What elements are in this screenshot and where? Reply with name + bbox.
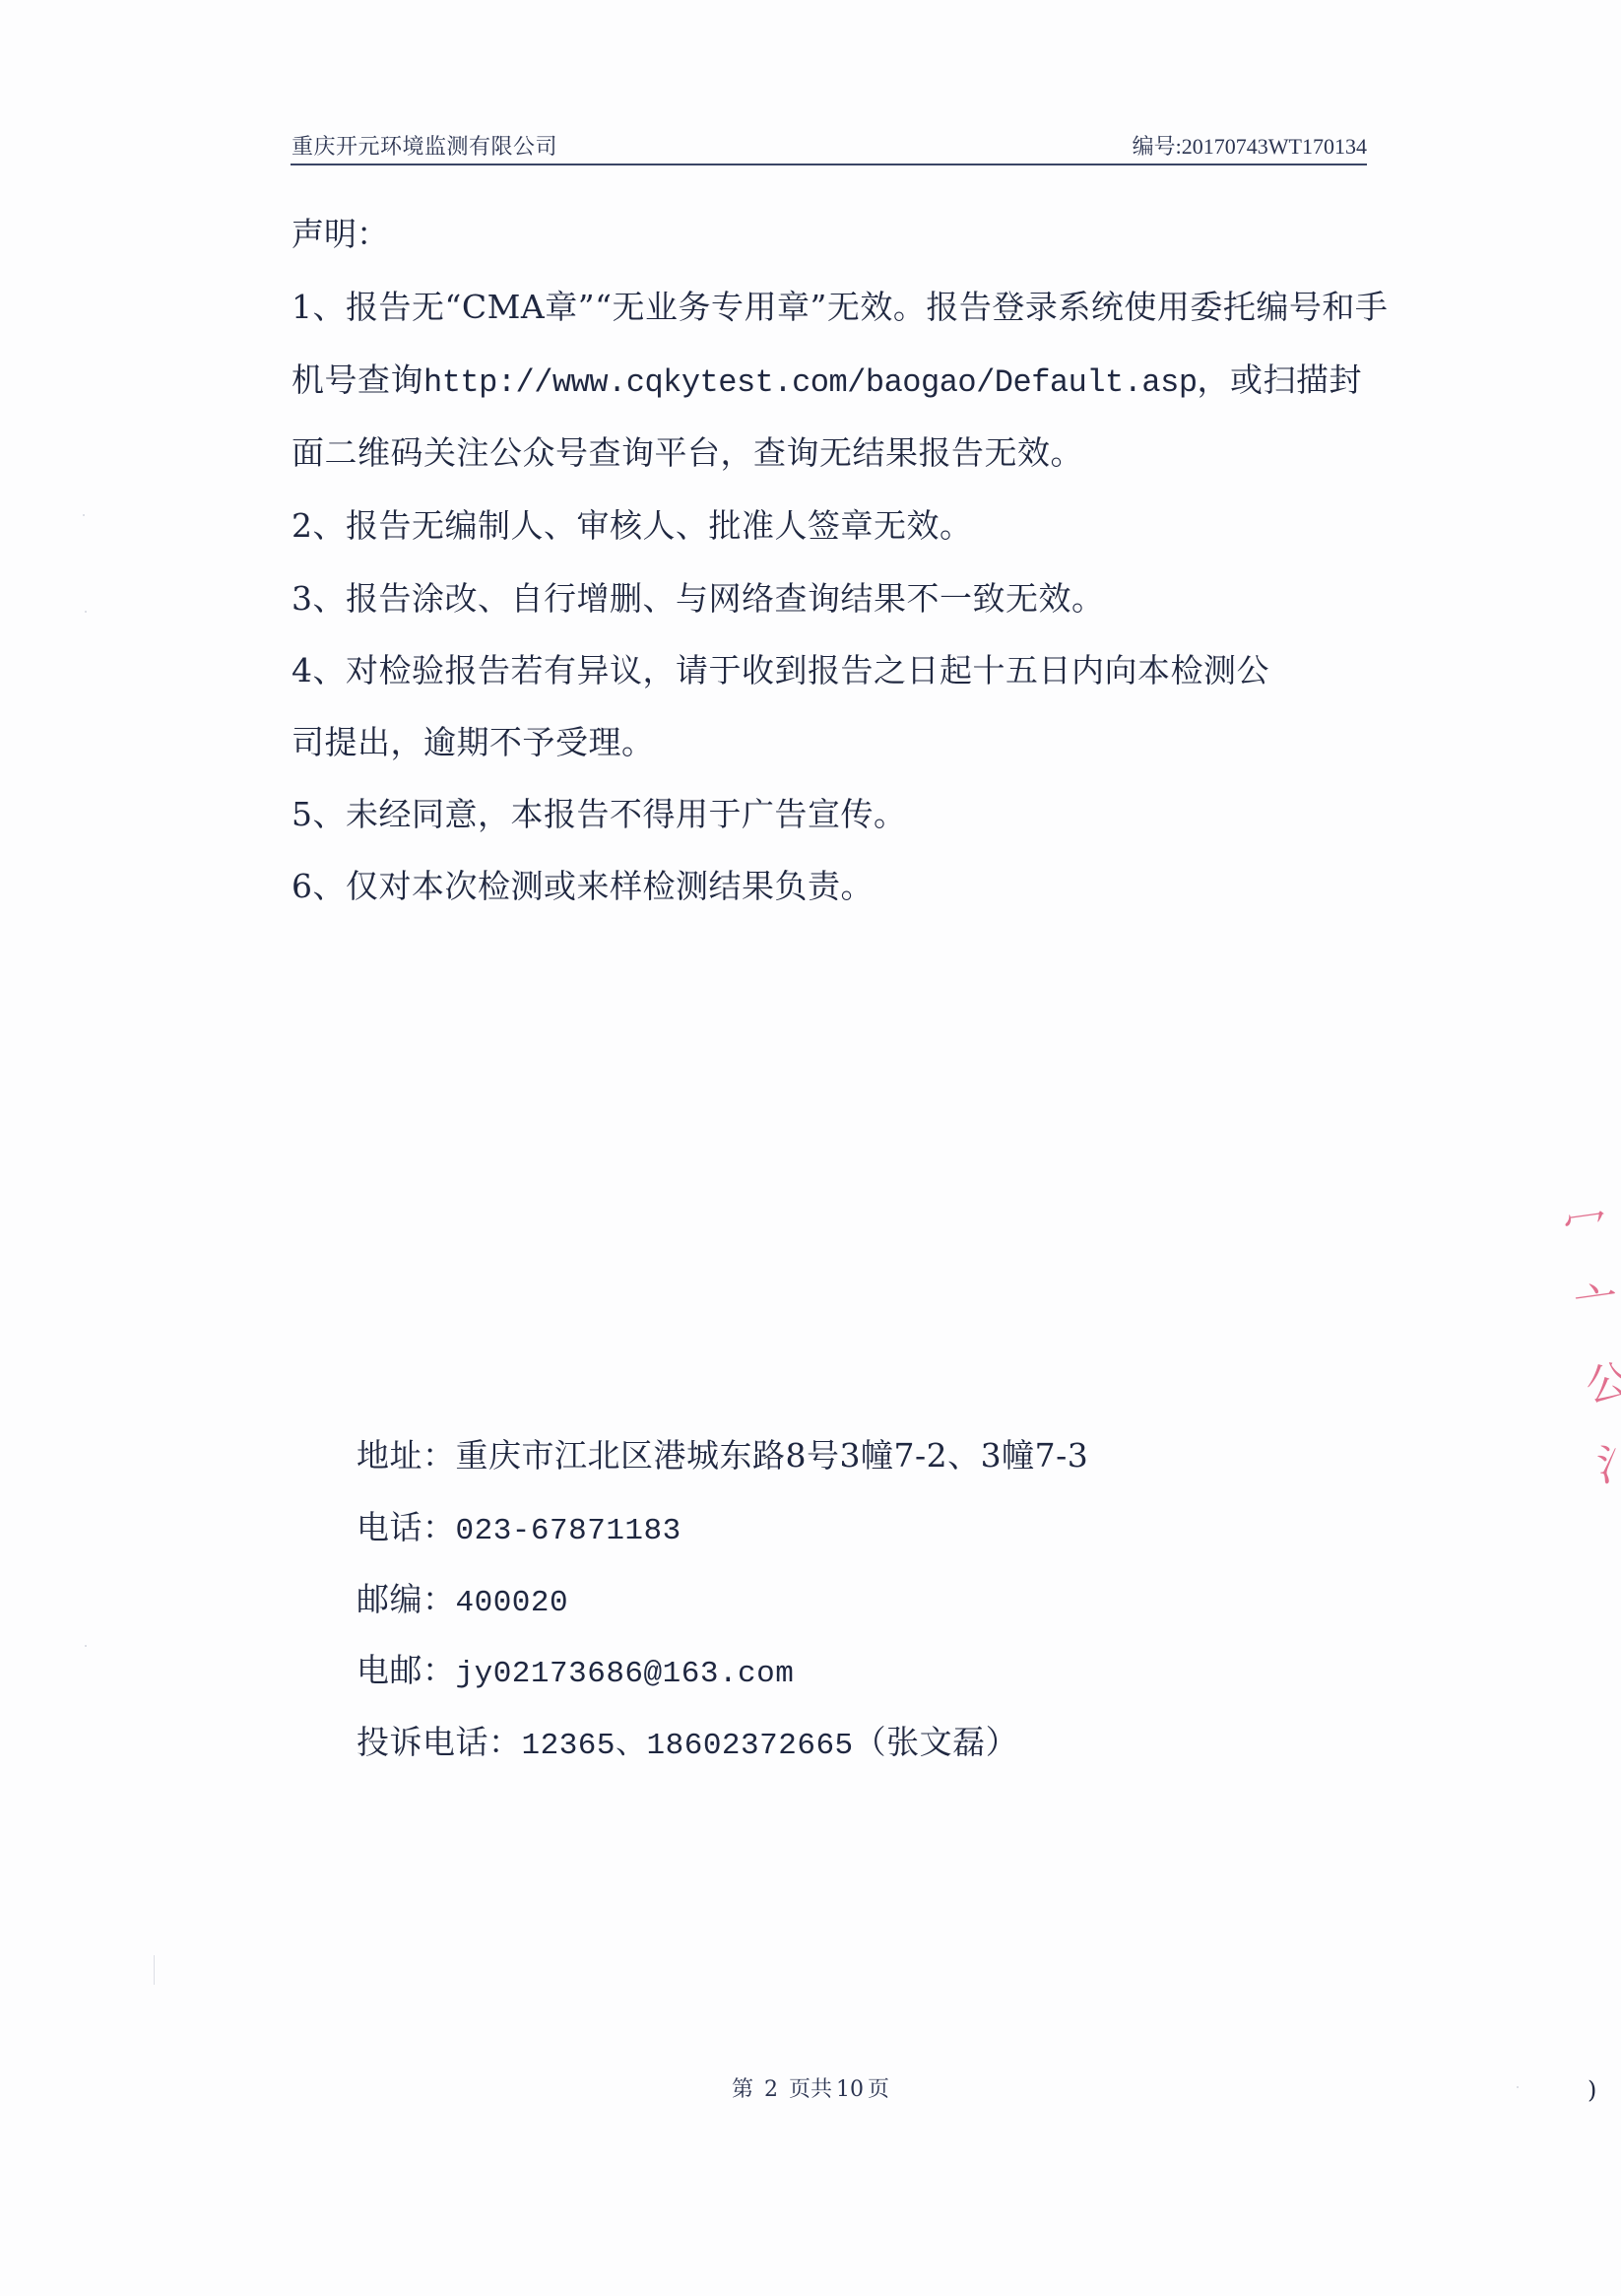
page-total: 10: [836, 2077, 864, 2102]
document-page: 重庆开元环境监测有限公司 编号:20170743WT170134 声明： 1、报…: [0, 0, 1621, 2296]
complaint-contact-name: （张文磊）: [854, 1723, 1019, 1761]
statement-line-6: 6、仅对本次检测或来样检测结果负责。: [292, 861, 874, 907]
complaint-phones: 12365、18602372665: [522, 1729, 854, 1763]
stamp-char: 公: [1581, 1340, 1621, 1428]
complaint-label: 投诉电话：: [357, 1723, 522, 1761]
scan-speck: [1517, 2086, 1519, 2088]
scan-speck: [85, 1645, 87, 1647]
page-current: 2: [764, 2077, 778, 2102]
scan-speck: [83, 514, 85, 516]
contact-address: 地址：重庆市江北区港城东路8号3幢7-2、3幢7-3: [357, 1430, 1088, 1476]
statement-line-2: 2、报告无编制人、审核人、批准人签章无效。: [292, 500, 973, 547]
postcode-value: 400020: [456, 1586, 569, 1620]
stamp-char: 冖: [1558, 1179, 1621, 1268]
stamp-char: 氵: [1592, 1419, 1621, 1508]
statement-line-4: 4、对检验报告若有异议，请于收到报告之日起十五日内向本检测公: [292, 645, 1269, 691]
scan-speck: [85, 611, 87, 613]
page-number: 第 2 页共10页: [0, 2072, 1621, 2103]
contact-email: 电邮：jy02173686@163.com: [357, 1645, 794, 1691]
edge-bracket-mark: ): [1588, 2076, 1596, 2104]
statement-text: ，或扫描封: [1198, 361, 1363, 399]
postcode-label: 邮编：: [357, 1580, 456, 1618]
statement-line-1-cont: 机号查询http://www.cqkytest.com/baogao/Defau…: [292, 355, 1362, 401]
email-label: 电邮：: [357, 1651, 456, 1689]
query-url-link[interactable]: http://www.cqkytest.com/baogao/Default.a…: [423, 364, 1198, 401]
statement-line-1: 1、报告无“CMA章”“无业务专用章”无效。报告登录系统使用委托编号和手: [292, 282, 1388, 328]
page-prefix: 第: [732, 2077, 753, 2102]
statement-line-3: 3、报告涂改、自行增删、与网络查询结果不一致无效。: [292, 573, 1105, 620]
header-divider: [291, 164, 1367, 165]
statement-line-1-end: 面二维码关注公众号查询平台，查询无结果报告无效。: [292, 427, 1083, 474]
report-number: 编号:20170743WT170134: [1133, 130, 1367, 161]
contact-phone: 电话：023-67871183: [357, 1502, 681, 1548]
report-number-value: 20170743WT170134: [1182, 134, 1367, 159]
statement-text: 机号查询: [292, 361, 423, 399]
stamp-char: 亠: [1570, 1260, 1621, 1348]
report-number-label: 编号:: [1133, 134, 1182, 159]
contact-postcode: 邮编：400020: [357, 1574, 568, 1620]
page-suffix: 页: [868, 2077, 889, 2102]
statement-title: 声明：: [292, 209, 389, 255]
page-middle: 页共: [789, 2077, 832, 2102]
contact-complaint: 投诉电话：12365、18602372665（张文磊）: [357, 1717, 1018, 1763]
address-value: 重庆市江北区港城东路8号3幢7-2、3幢7-3: [456, 1436, 1089, 1475]
address-label: 地址：: [357, 1436, 456, 1475]
phone-value: 023-67871183: [456, 1514, 681, 1548]
phone-label: 电话：: [357, 1508, 456, 1546]
scan-speck: [154, 1955, 155, 1985]
partial-red-seal-stamp: 冖 亠 公 氵: [1558, 1179, 1621, 1509]
email-value[interactable]: jy02173686@163.com: [456, 1657, 795, 1691]
statement-line-4-cont: 司提出，逾期不予受理。: [292, 717, 655, 763]
company-name: 重庆开元环境监测有限公司: [292, 130, 557, 161]
statement-line-5: 5、未经同意，本报告不得用于广告宣传。: [292, 789, 907, 835]
